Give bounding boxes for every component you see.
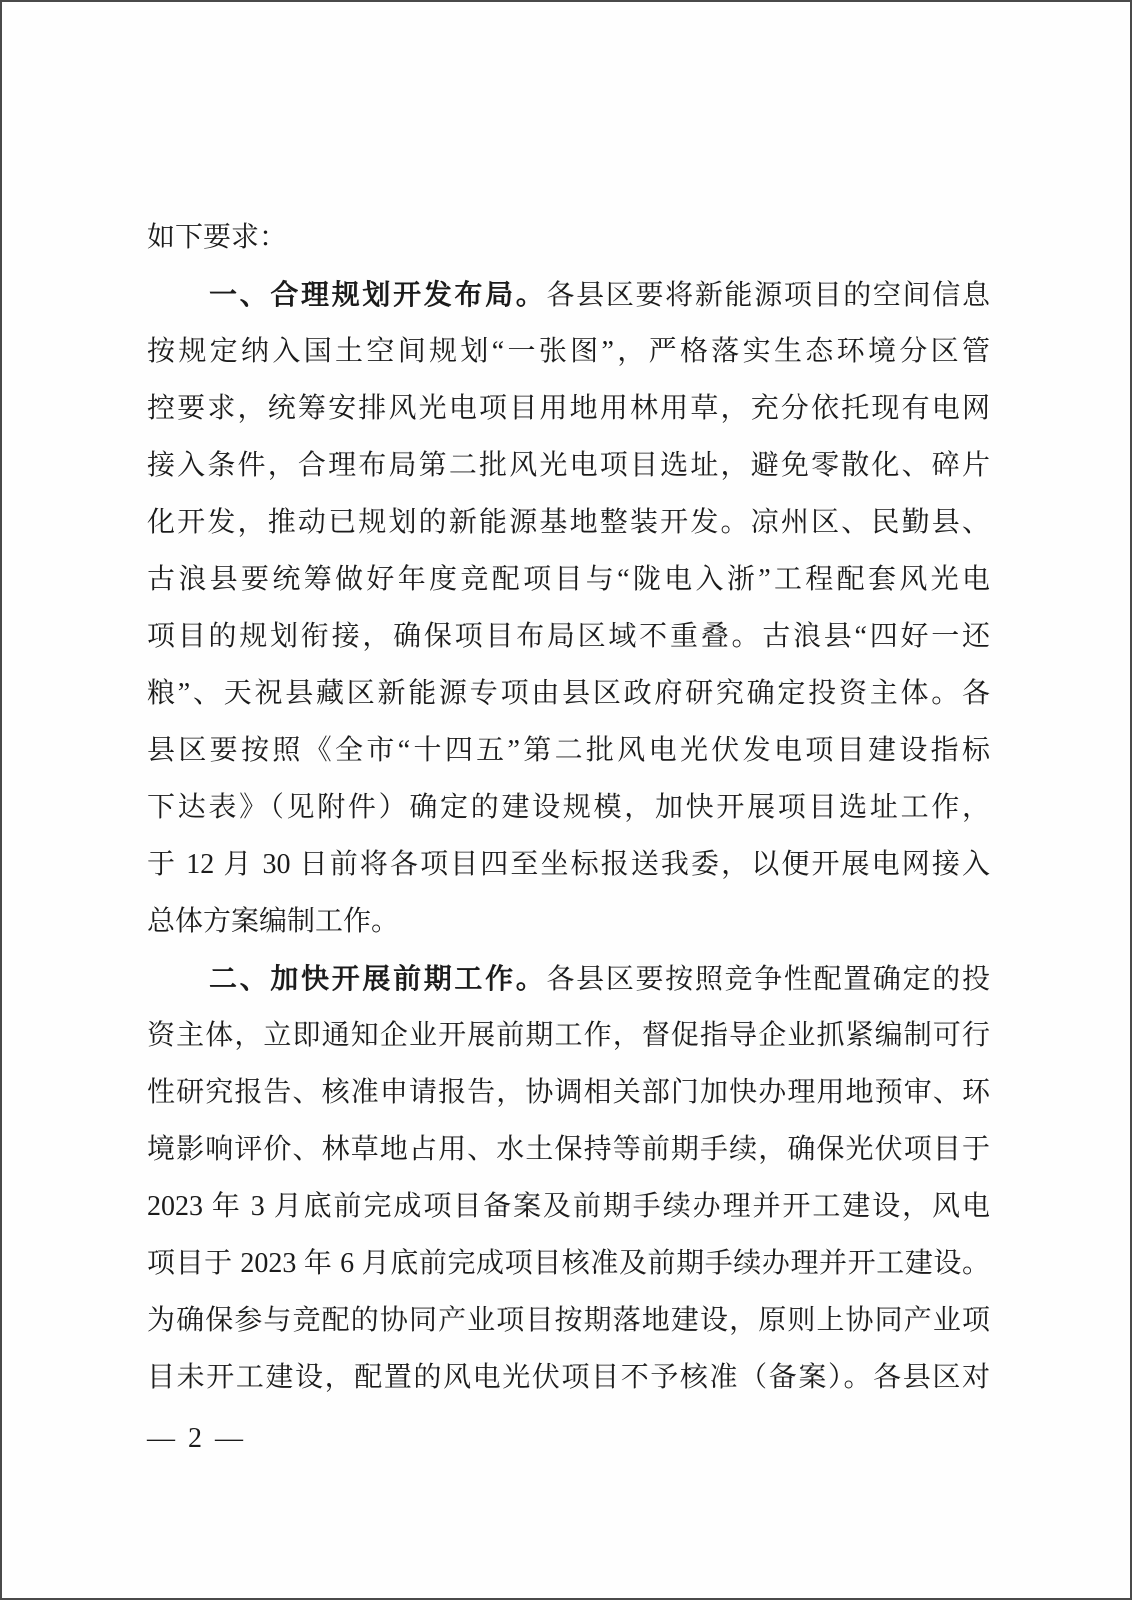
line-text: 项目于 2023 年 6 月底前完成项目核准及前期手续办理并开工建设。 (147, 1248, 990, 1279)
text-line: 按规定纳入国土空间规划“一张图”，严格落实生态环境分区管 (147, 323, 990, 380)
line-text: 于 12 月 30 日前将各项目四至坐标报送我委，以便开展电网接入 (147, 849, 990, 880)
line-text: 性研究报告、核准申请报告，协调相关部门加快办理用地预审、环 (147, 1077, 990, 1108)
text-line: 粮”、天祝县藏区新能源专项由县区政府研究确定投资主体。各 (147, 665, 990, 722)
text-line: 控要求，统筹安排风光电项目用地用林用草，充分依托现有电网 (147, 380, 990, 437)
text-line: 项目于 2023 年 6 月底前完成项目核准及前期手续办理并开工建设。 (147, 1235, 990, 1292)
line-text: 如下要求： (147, 222, 287, 253)
line-text: 接入条件，合理布局第二批风光电项目选址，避免零散化、碎片 (147, 450, 990, 481)
text-line: 化开发，推动已规划的新能源基地整装开发。凉州区、民勤县、 (147, 494, 990, 551)
text-line: 古浪县要统筹做好年度竞配项目与“陇电入浙”工程配套风光电 (147, 551, 990, 608)
text-line: 资主体，立即通知企业开展前期工作，督促指导企业抓紧编制可行 (147, 1007, 990, 1064)
text-line: 性研究报告、核准申请报告，协调相关部门加快办理用地预审、环 (147, 1064, 990, 1121)
text-line: 县区要按照《全市“十四五”第二批风电光伏发电项目建设指标 (147, 722, 990, 779)
text-line: 下达表》（见附件）确定的建设规模，加快开展项目选址工作， (147, 779, 990, 836)
text-line: 目未开工建设，配置的风电光伏项目不予核准（备案）。各县区对 (147, 1349, 990, 1406)
document-body: 如下要求： 一、合理规划开发布局。各县区要将新能源项目的空间信息 按规定纳入国土… (147, 209, 990, 1406)
line-text: 总体方案编制工作。 (147, 906, 399, 937)
text-line: 2023 年 3 月底前完成项目备案及前期手续办理并开工建设，风电 (147, 1178, 990, 1235)
line-text: 为确保参与竞配的协同产业项目按期落地建设，原则上协同产业项 (147, 1305, 990, 1336)
line-text: 县区要按照《全市“十四五”第二批风电光伏发电项目建设指标 (147, 735, 990, 766)
text-line: 接入条件，合理布局第二批风光电项目选址，避免零散化、碎片 (147, 437, 990, 494)
line-text: 古浪县要统筹做好年度竞配项目与“陇电入浙”工程配套风光电 (147, 564, 990, 595)
line-text: 控要求，统筹安排风光电项目用地用林用草，充分依托现有电网 (147, 393, 990, 424)
text-line: 为确保参与竞配的协同产业项目按期落地建设，原则上协同产业项 (147, 1292, 990, 1349)
line-text: 化开发，推动已规划的新能源基地整装开发。凉州区、民勤县、 (147, 507, 990, 538)
text-line: 二、加快开展前期工作。各县区要按照竞争性配置确定的投 (147, 950, 990, 1007)
text-line: 总体方案编制工作。 (147, 893, 990, 950)
line-text: 境影响评价、林草地占用、水土保持等前期手续，确保光伏项目于 (147, 1134, 990, 1165)
text-line: 项目的规划衔接，确保项目布局区域不重叠。古浪县“四好一还 (147, 608, 990, 665)
line-text: 资主体，立即通知企业开展前期工作，督促指导企业抓紧编制可行 (147, 1020, 990, 1051)
text-line: 一、合理规划开发布局。各县区要将新能源项目的空间信息 (147, 266, 990, 323)
line-text: 粮”、天祝县藏区新能源专项由县区政府研究确定投资主体。各 (147, 678, 990, 709)
line-text: 各县区要将新能源项目的空间信息 (546, 280, 990, 311)
line-text: 目未开工建设，配置的风电光伏项目不予核准（备案）。各县区对 (147, 1362, 990, 1393)
line-text: 下达表》（见附件）确定的建设规模，加快开展项目选址工作， (147, 792, 990, 823)
text-line: 如下要求： (147, 209, 990, 266)
text-line: 境影响评价、林草地占用、水土保持等前期手续，确保光伏项目于 (147, 1121, 990, 1178)
line-text: 各县区要按照竞争性配置确定的投 (546, 964, 990, 995)
line-text: 按规定纳入国土空间规划“一张图”，严格落实生态环境分区管 (147, 336, 990, 367)
document-page: 如下要求： 一、合理规划开发布局。各县区要将新能源项目的空间信息 按规定纳入国土… (0, 0, 1132, 1600)
page-number: — 2 — (147, 1414, 246, 1464)
section-heading: 一、合理规划开发布局。 (209, 279, 546, 310)
line-text: 项目的规划衔接，确保项目布局区域不重叠。古浪县“四好一还 (147, 621, 990, 652)
line-text: 2023 年 3 月底前完成项目备案及前期手续办理并开工建设，风电 (147, 1191, 990, 1222)
text-line: 于 12 月 30 日前将各项目四至坐标报送我委，以便开展电网接入 (147, 836, 990, 893)
section-heading: 二、加快开展前期工作。 (209, 963, 546, 994)
